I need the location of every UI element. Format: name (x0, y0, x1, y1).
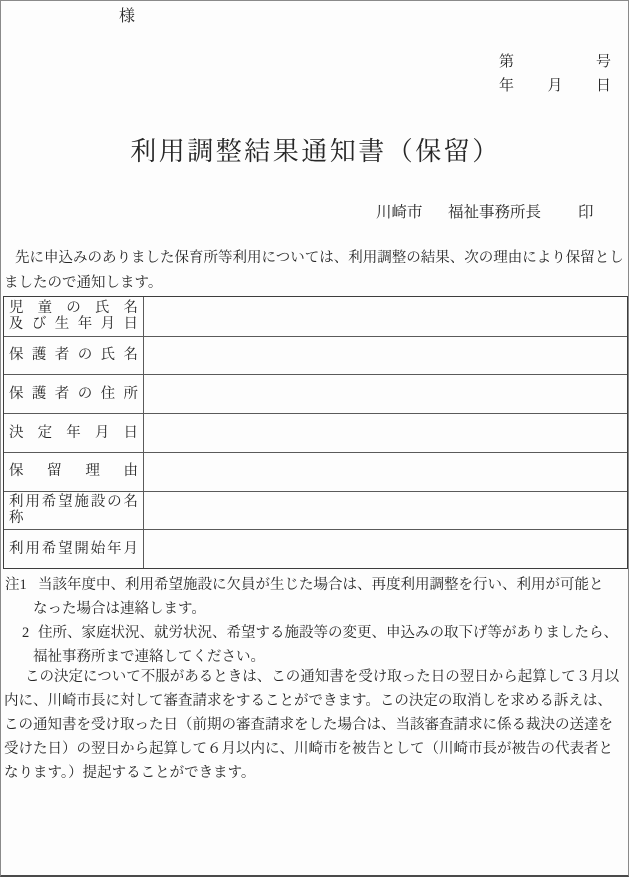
note-text: 住所、家庭状況、就労状況、希望する施設等の変更、申込みの取下げ等がありましたら、 (1, 621, 629, 645)
table-label-desired-facility: 利用希望施設の名称 (4, 491, 144, 530)
appeal-line: この通知書を受け取った日（前期の審査請求をした場合は、当該審査請求に係る裁決の送… (4, 713, 626, 737)
table-label-child-name-birthdate: 児童の氏名 及び生年月日 (4, 297, 144, 336)
form-table: 児童の氏名 及び生年月日 保護者の氏名 保護者の住所 決定年月日 保留理由 利用… (3, 296, 628, 569)
appeal-paragraph: この決定について不服があるときは、この通知書を受け取った日の翌日から起算して３月… (4, 665, 626, 785)
appeal-line: この決定について不服があるときは、この通知書を受け取った日の翌日から起算して３月… (4, 665, 626, 689)
table-label-hold-reason: 保留理由 (4, 452, 144, 491)
table-value-desired-facility (144, 491, 627, 530)
intro-paragraph: 先に申込みのありました保育所等利用については、利用調整の結果、次の理由により保留… (4, 246, 626, 295)
note-marker-1: 注1 (5, 573, 27, 597)
date-day-label: 日 (596, 74, 611, 95)
table-value-child-name-birthdate (144, 297, 627, 336)
note-line-1: 注1 当該年度中、利用希望施設に欠員が生じた場合は、再度利用調整を行い、利用が可… (1, 573, 629, 597)
doc-number-line: 第 号 (499, 50, 611, 71)
page-title: 利用調整結果通知書（保留） (1, 131, 629, 168)
appeal-line: 内に、川崎市長に対して審査請求をすることができます。この決定の取消しを求める訴え… (4, 689, 626, 713)
document-page: 様 第 号 年 月 日 利用調整結果通知書（保留） 川崎市 福祉事務所長 印 先… (0, 0, 629, 877)
date-month-label: 月 (547, 74, 562, 95)
notes-section: 注1 当該年度中、利用希望施設に欠員が生じた場合は、再度利用調整を行い、利用が可… (1, 573, 629, 669)
note-marker-2: 2 (22, 621, 29, 645)
note-line-2: 2 住所、家庭状況、就労状況、希望する施設等の変更、申込みの取下げ等がありました… (1, 621, 629, 645)
issuer-seal-mark: 印 (578, 200, 594, 222)
addressee-suffix: 様 (119, 3, 135, 26)
table-value-desired-start-month (144, 529, 627, 568)
table-value-guardian-name (144, 336, 627, 375)
table-value-guardian-address (144, 374, 627, 413)
date-year-label: 年 (499, 74, 514, 95)
table-value-hold-reason (144, 452, 627, 491)
note-text: 当該年度中、利用希望施設に欠員が生じた場合は、再度利用調整を行い、利用が可能と (1, 573, 629, 597)
note-text: なった場合は連絡します。 (1, 597, 629, 621)
table-label-decision-date: 決定年月日 (4, 413, 144, 452)
table-label-desired-start-month: 利用希望開始年月 (4, 529, 144, 568)
table-label-guardian-name: 保護者の氏名 (4, 336, 144, 375)
table-label-guardian-address: 保護者の住所 (4, 374, 144, 413)
issuer-office: 福祉事務所長 (448, 200, 541, 222)
note-line-1-cont: なった場合は連絡します。 (1, 597, 629, 621)
issuer-city: 川崎市 (376, 200, 423, 222)
intro-line: 先に申込みのありました保育所等利用については、利用調整の結果、次の理由により保留… (4, 246, 626, 271)
table-value-decision-date (144, 413, 627, 452)
appeal-line: なります。）提起することができます。 (4, 761, 626, 785)
date-line: 年 月 日 (499, 74, 611, 95)
intro-line: ましたので通知します。 (4, 271, 626, 296)
doc-number-prefix: 第 (499, 50, 514, 71)
appeal-line: 受けた日）の翌日から起算して６月以内に、川崎市を被告として（川崎市長が被告の代表… (4, 737, 626, 761)
doc-number-suffix: 号 (596, 50, 611, 71)
